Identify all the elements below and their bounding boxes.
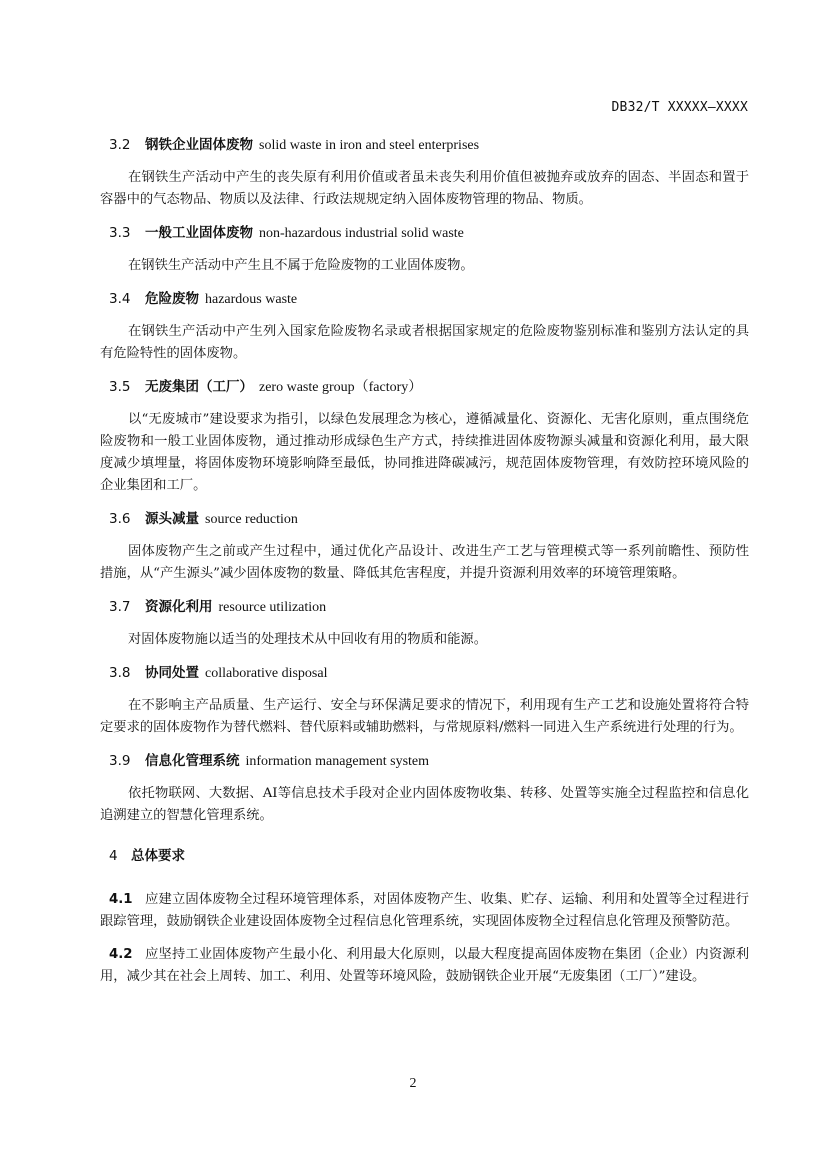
- term-definition: 对固体废物施以适当的处理技术从中回收有用的物质和能源。: [100, 629, 749, 651]
- term-title-zh: 钢铁企业固体废物: [145, 137, 253, 153]
- term-title-zh: 信息化管理系统: [145, 753, 240, 769]
- term-title-en: solid waste in iron and steel enterprise…: [259, 138, 479, 153]
- page-number: 2: [0, 1076, 826, 1092]
- clause-text: 应坚持工业固体废物产生最小化、利用最大化原则，以最大程度提高固体废物在集团（企业…: [100, 947, 749, 984]
- term-definition: 固体废物产生之前或产生过程中，通过优化产品设计、改进生产工艺与管理模式等一系列前…: [100, 541, 749, 585]
- clause-4-1: 4.1应建立固体废物全过程环境管理体系，对固体废物产生、收集、贮存、运输、利用和…: [100, 889, 749, 933]
- term-definition: 依托物联网、大数据、AI等信息技术手段对企业内固体废物收集、转移、处置等实施全过…: [100, 783, 749, 827]
- term-number: 3.6: [109, 508, 145, 530]
- term-definition: 以“无废城市”建设要求为指引，以绿色发展理念为核心，遵循减量化、资源化、无害化原…: [100, 409, 749, 497]
- section-number: 4: [109, 845, 131, 867]
- term-title-zh: 无废集团（工厂）: [145, 379, 253, 395]
- term-title-zh: 协同处置: [145, 665, 199, 681]
- term-title-en: hazardous waste: [205, 292, 297, 307]
- term-definition: 在钢铁生产活动中产生列入国家危险废物名录或者根据国家规定的危险废物鉴别标准和鉴别…: [100, 321, 749, 365]
- clause-4-2: 4.2应坚持工业固体废物产生最小化、利用最大化原则，以最大程度提高固体废物在集团…: [100, 944, 749, 988]
- term-title-en: resource utilization: [219, 600, 327, 615]
- term-number: 3.8: [109, 662, 145, 684]
- term-definition: 在不影响主产品质量、生产运行、安全与环保满足要求的情况下，利用现有生产工艺和设施…: [100, 695, 749, 739]
- term-title-zh: 一般工业固体废物: [145, 225, 253, 241]
- term-heading-3-5: 3.5无废集团（工厂）zero waste group（factory）: [109, 376, 749, 399]
- term-number: 3.9: [109, 750, 145, 772]
- term-heading-3-9: 3.9信息化管理系统information management system: [109, 750, 749, 773]
- document-body: 3.2钢铁企业固体废物solid waste in iron and steel…: [100, 134, 749, 999]
- term-number: 3.2: [109, 134, 145, 156]
- term-definition: 在钢铁生产活动中产生且不属于危险废物的工业固体废物。: [100, 255, 749, 277]
- term-title-en: collaborative disposal: [205, 666, 327, 681]
- term-heading-3-7: 3.7资源化利用resource utilization: [109, 596, 749, 619]
- term-definition: 在钢铁生产活动中产生的丧失原有利用价值或者虽未丧失利用价值但被抛弃或放弃的固态、…: [100, 167, 749, 211]
- term-number: 3.4: [109, 288, 145, 310]
- term-title-en: zero waste group（factory）: [259, 380, 422, 395]
- document-page: DB32/T XXXXX—XXXX 3.2钢铁企业固体废物solid waste…: [0, 0, 826, 1169]
- term-title-en: source reduction: [205, 512, 298, 527]
- clause-number: 4.1: [109, 889, 145, 911]
- term-title-zh: 源头减量: [145, 511, 199, 527]
- term-heading-3-8: 3.8协同处置collaborative disposal: [109, 662, 749, 685]
- term-title-en: non-hazardous industrial solid waste: [259, 226, 464, 241]
- term-number: 3.5: [109, 376, 145, 398]
- term-heading-3-3: 3.3一般工业固体废物non-hazardous industrial soli…: [109, 222, 749, 245]
- section-heading-4: 4总体要求: [109, 845, 749, 867]
- term-title-en: information management system: [246, 754, 430, 769]
- term-title-zh: 危险废物: [145, 291, 199, 307]
- term-number: 3.7: [109, 596, 145, 618]
- document-code: DB32/T XXXXX—XXXX: [612, 100, 748, 115]
- term-heading-3-6: 3.6源头减量source reduction: [109, 508, 749, 531]
- clause-number: 4.2: [109, 944, 145, 966]
- section-title: 总体要求: [131, 848, 185, 864]
- clause-text: 应建立固体废物全过程环境管理体系，对固体废物产生、收集、贮存、运输、利用和处置等…: [100, 892, 749, 929]
- term-heading-3-2: 3.2钢铁企业固体废物solid waste in iron and steel…: [109, 134, 749, 157]
- term-heading-3-4: 3.4危险废物hazardous waste: [109, 288, 749, 311]
- term-number: 3.3: [109, 222, 145, 244]
- term-title-zh: 资源化利用: [145, 599, 213, 615]
